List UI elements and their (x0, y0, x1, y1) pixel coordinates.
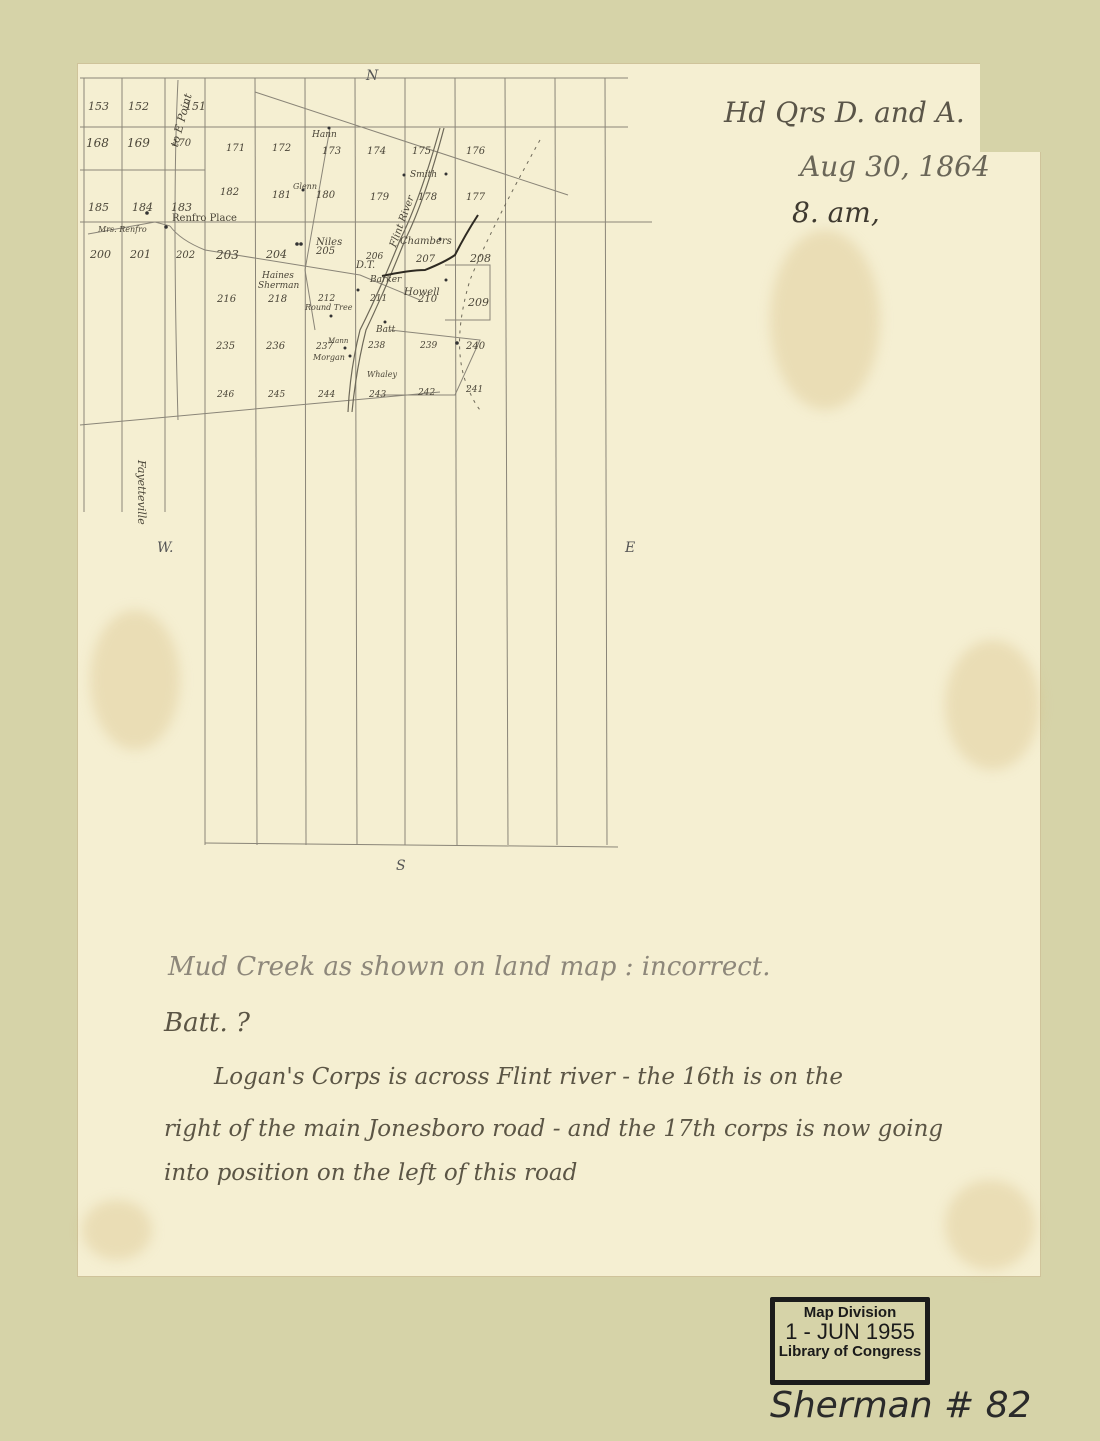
place-howell: Howell (404, 287, 440, 298)
place-barker: Barker (370, 275, 401, 285)
place-renfro-place: Renfro Place (172, 213, 237, 224)
place-round-tree: Round Tree (305, 303, 352, 312)
stamp-date: 1 - JUN 1955 (775, 1321, 925, 1343)
compass-west: W. (157, 540, 173, 556)
compass-south: S (396, 858, 406, 874)
place-smith: Smith (410, 170, 437, 180)
place-haines: Haines (262, 271, 294, 281)
place-morgan: Morgan (313, 353, 345, 362)
note-mud-creek: Mud Creek as shown on land map : incorre… (168, 952, 771, 982)
survey-grid-map (0, 0, 1100, 1441)
note-batt: Batt. ? (164, 1008, 250, 1038)
place-sherman: Sherman (258, 281, 299, 291)
header-date: Aug 30, 1864 (800, 150, 990, 183)
place-niles: Niles (316, 237, 342, 248)
place-glenn: Glenn (293, 182, 317, 191)
compass-north: N (366, 68, 378, 84)
place-whaley: Whaley (367, 370, 397, 379)
road-label-fayetteville: Fayetteville (135, 460, 148, 525)
place-dt: D.T. (356, 260, 375, 271)
place-mrs-renfro: Mrs. Renfro (98, 225, 147, 234)
catalog-label: Sherman # 82 (770, 1385, 1031, 1426)
header-hq: Hd Qrs D. and A. (724, 96, 965, 129)
stamp-library: Library of Congress (775, 1343, 925, 1360)
note-17th-corps: into position on the left of this road (164, 1160, 577, 1186)
note-16th-corps: right of the main Jonesboro road - and t… (164, 1116, 943, 1142)
place-chambers: Chambers (400, 236, 452, 247)
place-mann: Mann (328, 337, 348, 345)
place-batt: Batt (376, 325, 395, 335)
note-logan-corps: Logan's Corps is across Flint river - th… (214, 1064, 843, 1090)
compass-east: E (625, 540, 635, 556)
place-hann: Hann (312, 130, 337, 140)
library-stamp: Map Division 1 - JUN 1955 Library of Con… (770, 1297, 930, 1385)
header-time: 8. am, (792, 196, 880, 229)
